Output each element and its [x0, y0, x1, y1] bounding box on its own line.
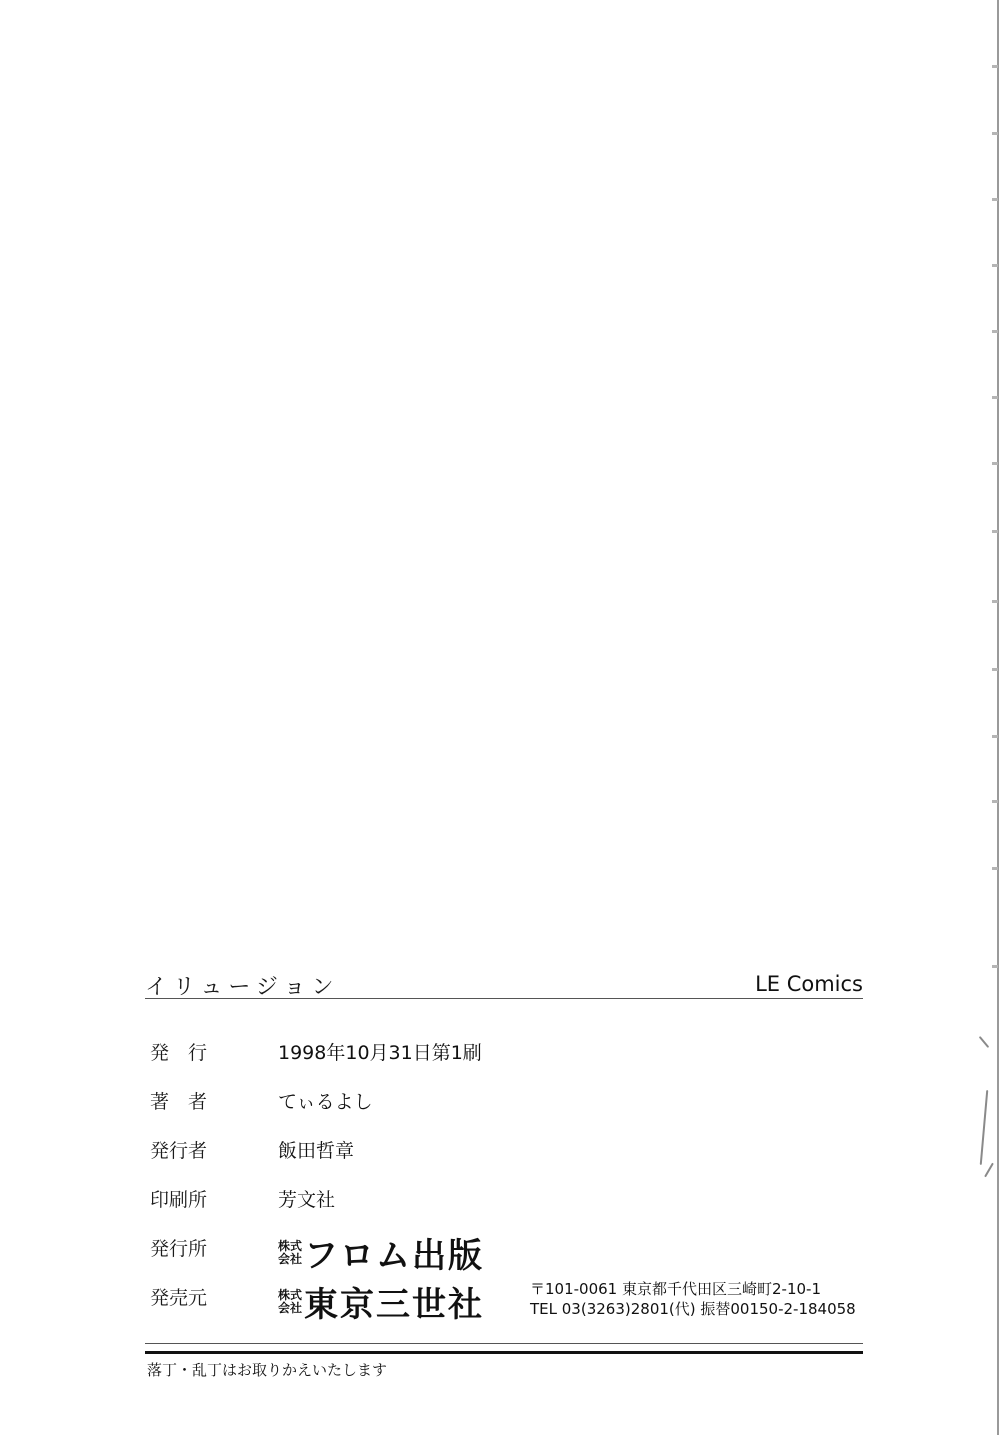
edge-mark — [992, 530, 998, 533]
detail-label: 発行者 — [150, 1136, 207, 1163]
publication-details: 発 行 1998年10月31日第1刷 著 者 てぃるよし 発行者 飯田哲章 印刷… — [150, 1032, 863, 1326]
edge-mark — [992, 264, 998, 267]
edge-mark — [992, 330, 998, 333]
divider-top — [145, 998, 863, 999]
divider-bottom-thick — [145, 1351, 863, 1354]
series-label: LE Comics — [755, 972, 863, 996]
edge-mark — [992, 735, 998, 738]
edge-mark — [992, 198, 998, 201]
scan-scratch — [980, 1090, 989, 1165]
detail-row-publisher-person: 発行者 飯田哲章 — [150, 1130, 863, 1179]
detail-label: 発行所 — [150, 1234, 207, 1261]
detail-row-publishing-house: 発行所 株式 会社 フロム出版 — [150, 1228, 863, 1277]
detail-row-author: 著 者 てぃるよし — [150, 1081, 863, 1130]
detail-value: てぃるよし — [278, 1087, 373, 1114]
edge-mark — [992, 867, 998, 870]
kabushiki-gaisha-mark: 株式 会社 — [278, 1289, 302, 1315]
book-title: イリュージョン — [145, 970, 339, 1001]
page-edge-line — [997, 0, 999, 1435]
replacement-notice: 落丁・乱丁はお取りかえいたします — [147, 1359, 387, 1380]
edge-mark — [992, 600, 998, 603]
detail-row-issue-date: 発 行 1998年10月31日第1刷 — [150, 1032, 863, 1081]
detail-label: 印刷所 — [150, 1185, 207, 1212]
scan-scratch — [984, 1163, 994, 1178]
detail-label: 発 行 — [150, 1038, 207, 1065]
detail-row-printer: 印刷所 芳文社 — [150, 1179, 863, 1228]
detail-row-distributor: 発売元 株式 会社 東京三世社 〒101-0061 東京都千代田区三崎町2-10… — [150, 1277, 863, 1326]
edge-mark — [992, 965, 998, 968]
detail-value: 1998年10月31日第1刷 — [278, 1038, 482, 1065]
detail-value: 飯田哲章 — [278, 1136, 354, 1163]
edge-mark — [992, 462, 998, 465]
colophon-block: イリュージョン LE Comics 発 行 1998年10月31日第1刷 著 者… — [145, 960, 863, 1000]
edge-mark — [992, 65, 998, 68]
prefix-bottom: 会社 — [278, 1253, 302, 1266]
edge-mark — [992, 132, 998, 135]
detail-value: 株式 会社 フロム出版 — [278, 1228, 484, 1277]
prefix-top: 株式 — [278, 1289, 302, 1302]
edge-mark — [992, 800, 998, 803]
detail-value: 株式 会社 東京三世社 — [278, 1277, 484, 1326]
distributor-address: 〒101-0061 東京都千代田区三崎町2-10-1 TEL 03(3263)2… — [530, 1279, 856, 1319]
kabushiki-gaisha-mark: 株式 会社 — [278, 1240, 302, 1266]
divider-bottom-thin — [145, 1343, 863, 1344]
detail-value: 芳文社 — [278, 1185, 335, 1212]
scan-scratch — [979, 1036, 990, 1048]
edge-mark — [992, 396, 998, 399]
prefix-top: 株式 — [278, 1240, 302, 1253]
distributor-name: 東京三世社 — [304, 1277, 484, 1326]
prefix-bottom: 会社 — [278, 1302, 302, 1315]
edge-mark — [992, 668, 998, 671]
title-row: イリュージョン LE Comics — [145, 960, 863, 1000]
publisher-name: フロム出版 — [304, 1228, 484, 1277]
detail-label: 発売元 — [150, 1283, 207, 1310]
phone-and-transfer: TEL 03(3263)2801(代) 振替00150-2-184058 — [530, 1299, 856, 1319]
detail-label: 著 者 — [150, 1087, 207, 1114]
postal-address: 〒101-0061 東京都千代田区三崎町2-10-1 — [530, 1279, 856, 1299]
